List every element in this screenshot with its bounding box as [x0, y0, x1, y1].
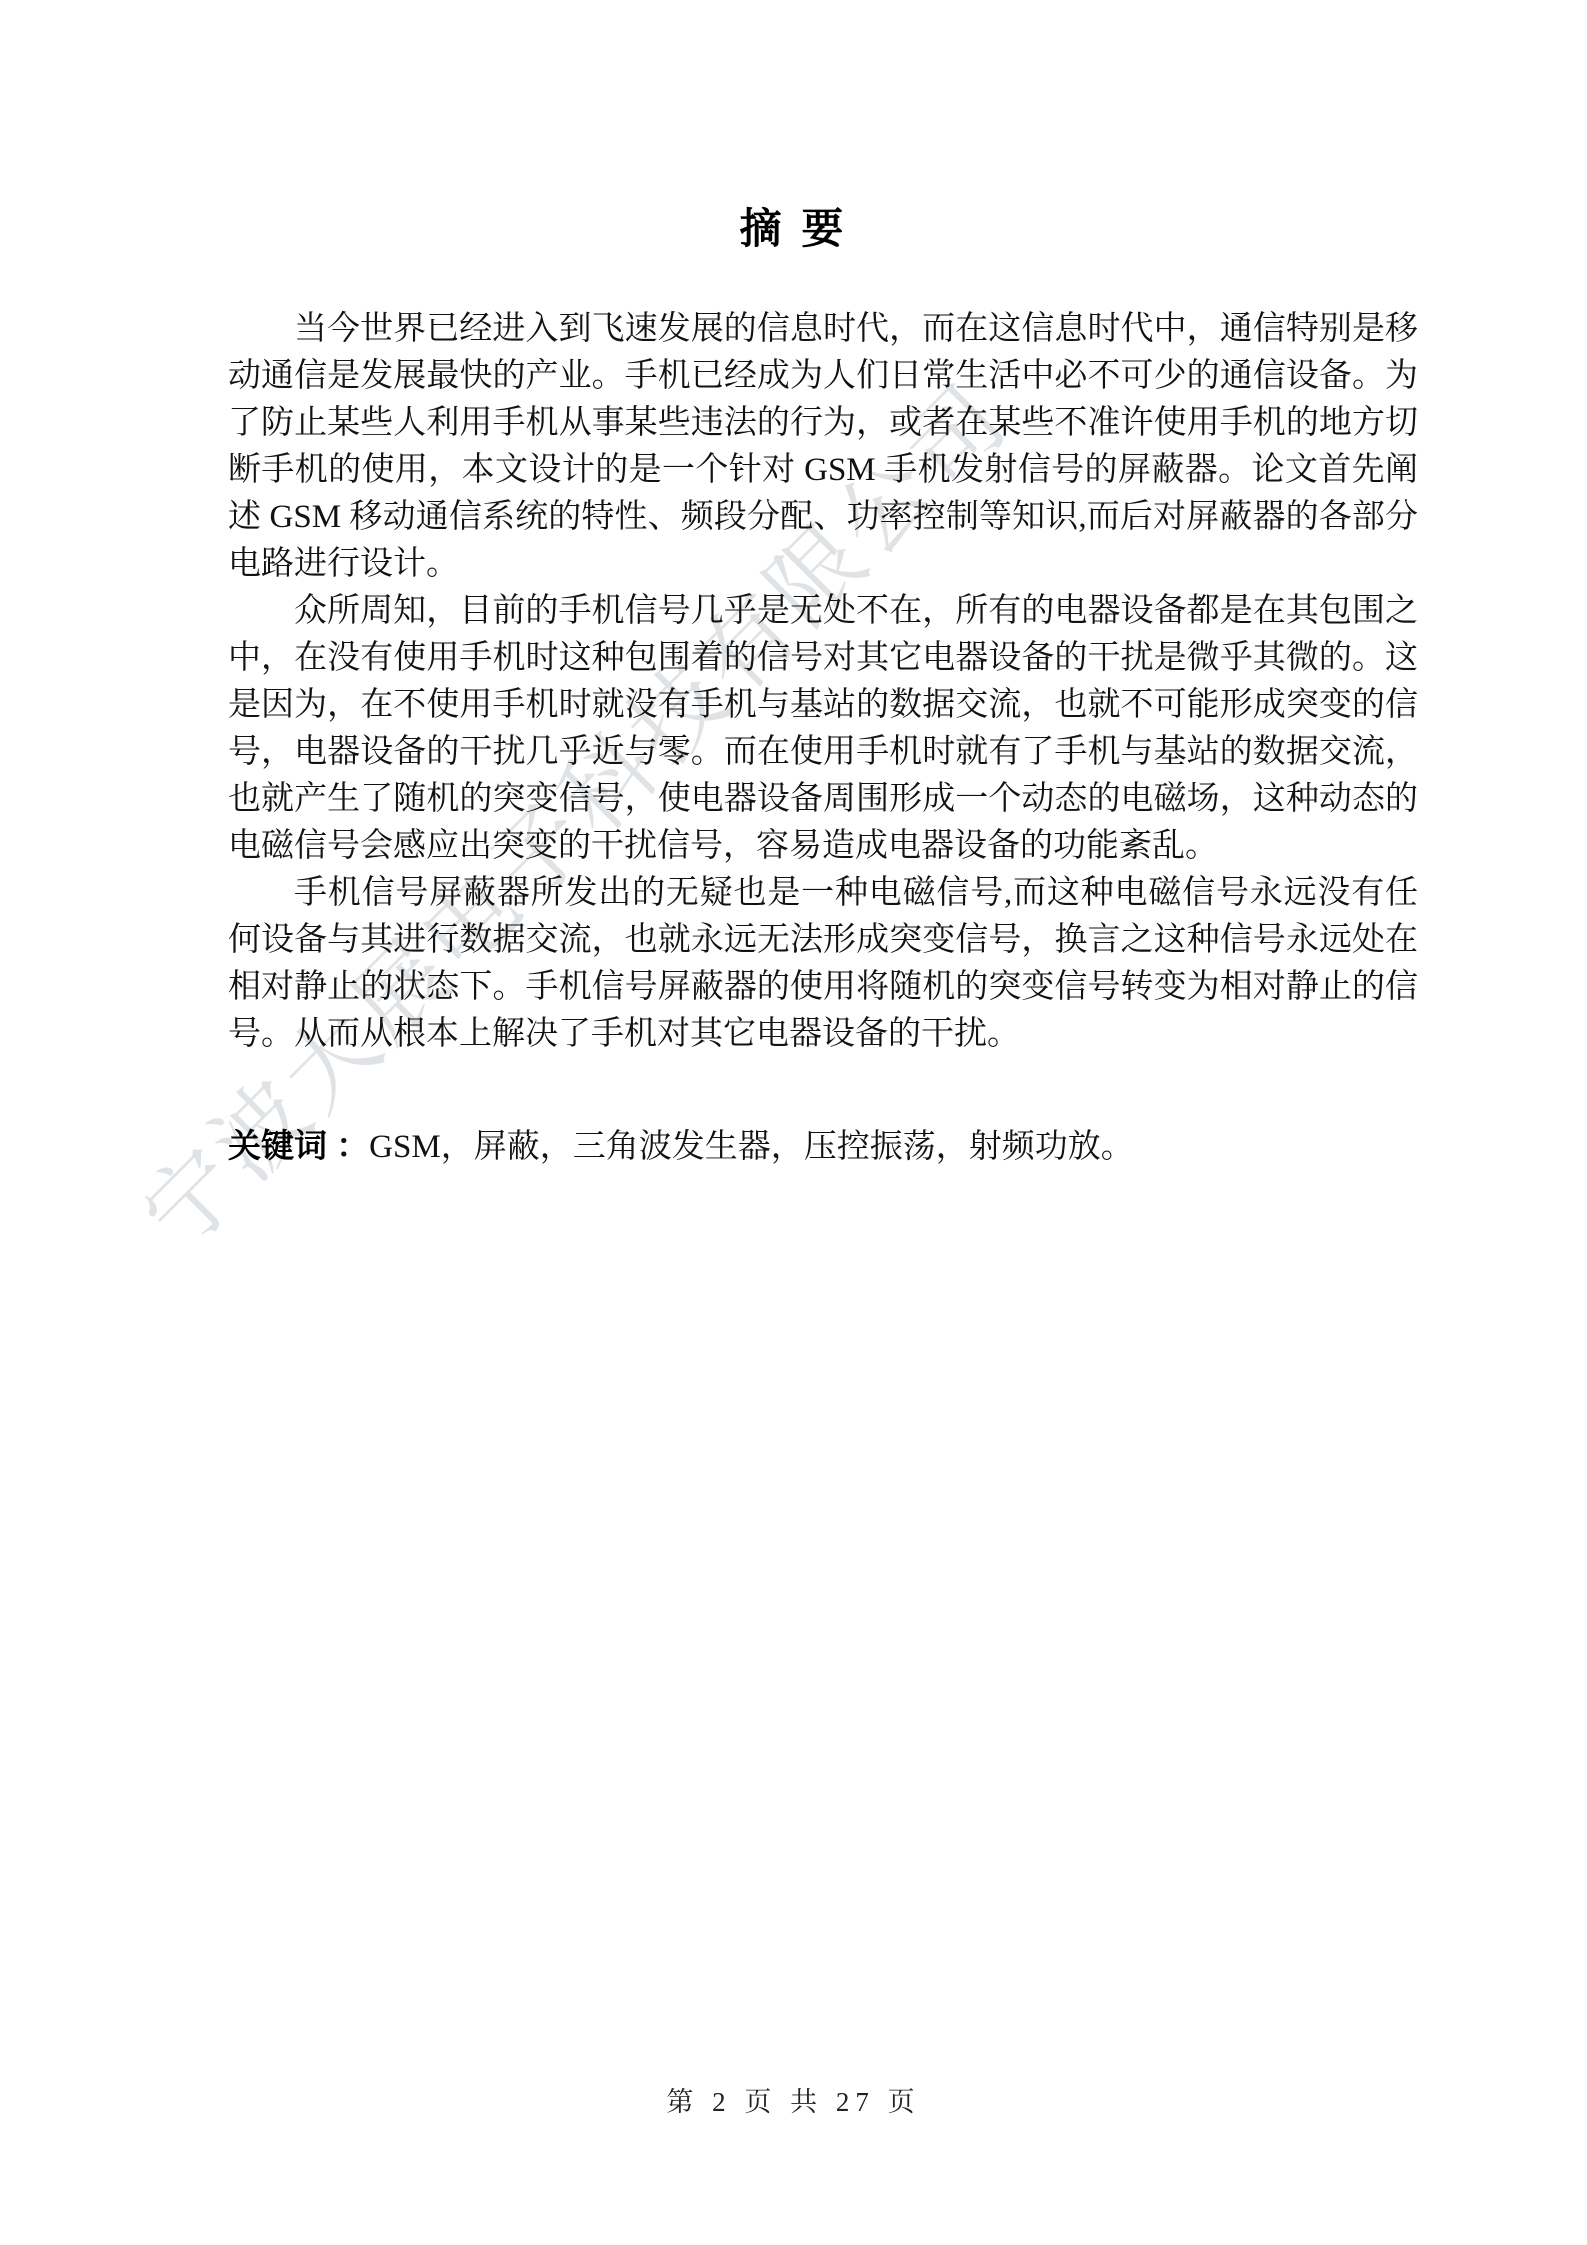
document-page: 宁波大展电子科技有限公司 摘 要 当今世界已经进入到飞速发展的信息时代，而在这信…	[0, 0, 1587, 2245]
page-title: 摘 要	[0, 196, 1587, 256]
keywords-label: 关键词	[228, 1127, 327, 1164]
keywords-separator: ：	[327, 1127, 369, 1164]
keywords-line: 关键词 ：GSM，屏蔽，三角波发生器，压控振荡，射频功放。	[228, 1122, 1418, 1171]
abstract-body: 当今世界已经进入到飞速发展的信息时代，而在这信息时代中，通信特别是移动通信是发展…	[228, 306, 1418, 1058]
abstract-paragraph-1: 当今世界已经进入到飞速发展的信息时代，而在这信息时代中，通信特别是移动通信是发展…	[228, 306, 1418, 588]
abstract-paragraph-3: 手机信号屏蔽器所发出的无疑也是一种电磁信号,而这种电磁信号永远没有任何设备与其进…	[228, 870, 1418, 1058]
page-number-indicator: 第 2 页 共 27 页	[0, 2080, 1587, 2119]
keywords-text: GSM，屏蔽，三角波发生器，压控振荡，射频功放。	[369, 1129, 1134, 1165]
abstract-paragraph-2: 众所周知，目前的手机信号几乎是无处不在，所有的电器设备都是在其包围之中，在没有使…	[228, 588, 1418, 870]
